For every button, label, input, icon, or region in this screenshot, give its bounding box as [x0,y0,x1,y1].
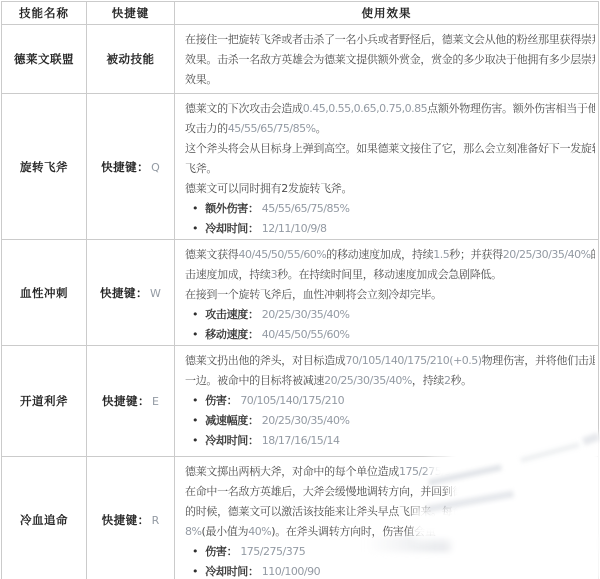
header-row: 技能名称快捷键使用效果 [2,2,599,25]
bullet-dot-icon: • [192,394,198,407]
skill-name: 血性冲刺 [2,240,87,346]
text-segment: 飞斧。 [185,162,217,175]
hotkey-key: W [150,287,161,300]
text-segment: 效果。 [185,73,217,86]
bullet-dot-icon: • [192,202,198,215]
skill-row: 开道利斧快捷键：E德莱文扔出他的斧头，对目标造成70/105/140/175/2… [2,346,599,457]
text-segment: 的时候，德莱文可以激活该技能来让斧头早点飞回来。每命 [185,505,463,518]
effect-line: 德莱文扔出他的斧头，对目标造成70/105/140/175/210(+0.5)物… [185,351,595,371]
text-segment: 一边。被命中的目标将被减速 [185,374,324,387]
text-segment: 20/25/30/35/40% [262,414,350,427]
effect-bullet: •攻击速度：20/25/30/35/40% [185,305,595,325]
text-segment: 45/55/65/75/85% [262,202,350,215]
skill-effect: 德莱文获得40/45/50/55/60%的移动速度加成，持续1.5秒；并获得20… [175,240,599,346]
effect-line: 在接到一个旋转飞斧后，血性冲刺将会立刻冷却完毕。 [185,285,595,305]
text-segment: 40/45/50/55/60% [262,328,350,341]
skill-name: 德莱文联盟 [2,25,87,94]
bullet-dot-icon: • [192,565,198,578]
bullet-dot-icon: • [192,328,198,341]
text-segment: 德莱文扔出他的斧头，对目标造成 [185,354,346,367]
text-segment: 额外伤害： [205,202,259,215]
skill-row: 冷血追命快捷键：R德莱文掷出两柄大斧，对命中的每个单位造成175/275/375… [2,457,599,579]
effect-line: 德莱文可以同时拥有2发旋转飞斧。 [185,179,595,199]
text-segment: 攻击速度： [205,308,259,321]
effect-line: 攻击力的45/55/65/75/85%。 [185,119,595,139]
text-segment: 。 [316,122,327,135]
text-segment: 冷却时间： [205,222,259,235]
text-segment: 的攻 [591,248,595,261]
text-segment: 8% [185,525,201,538]
text-segment: 秒。 [450,374,471,387]
text-segment: )。在斧头调转方向时，伤害值会重 [271,525,436,538]
text-segment: 0.45,0.55,0.65,0.75,0.85 [303,102,427,115]
effect-bullet: •冷却时间：18/17/16/15/14 [185,431,595,451]
text-segment: 这个斧头将会从目标身上弹到高空。如果德莱文接住了它，那么会立刻准备好下一发旋转 [185,142,595,155]
skills-table: 技能名称快捷键使用效果 德莱文联盟被动技能在接住一把旋转飞斧或者击杀了一名小兵或… [1,1,599,579]
skill-effect: 在接住一把旋转飞斧或者击杀了一名小兵或者野怪后，德莱文会从他的粉丝那里获得崇拜效… [175,25,599,94]
text-segment: 冷却时间： [205,434,259,447]
effect-line: 德莱文获得40/45/50/55/60%的移动速度加成，持续1.5秒；并获得20… [185,245,595,265]
hotkey-label: 快捷键： [102,513,150,527]
text-segment: (最小值为 [201,525,248,538]
column-header-3: 使用效果 [175,2,599,25]
text-segment: 击速度加成，持续 [185,268,271,281]
text-segment: 1.5 [433,248,449,261]
text-segment: 秒。在持续时间里，移动速度加成会急剧降低。 [277,268,502,281]
effect-line: 8%(最小值为40%)。在斧头调转方向时，伤害值会重 [185,522,595,542]
text-segment: 在命中一名敌方英雄后，大斧会缓慢地调转方向，并回到德 [185,485,463,498]
text-segment: 伤害： [205,545,237,558]
skill-table-page: 技能名称快捷键使用效果 德莱文联盟被动技能在接住一把旋转飞斧或者击杀了一名小兵或… [0,0,600,579]
text-segment: 40% [248,525,271,538]
effect-bullet: •减速幅度：20/25/30/35/40% [185,411,595,431]
hotkey-label: 被动技能 [107,52,155,66]
effect-line: 德莱文的下次攻击会造成0.45,0.55,0.65,0.75,0.85点额外物理… [185,99,595,119]
text-segment: 移动速度： [205,328,259,341]
text-segment: 110/100/90 [262,565,320,578]
effect-bullet: •额外伤害：45/55/65/75/85% [185,199,595,219]
effect-line: 效果。 [185,70,595,90]
bullet-dot-icon: • [192,308,198,321]
skill-row: 血性冲刺快捷键：W德莱文获得40/45/50/55/60%的移动速度加成，持续1… [2,240,599,346]
skill-row: 旋转飞斧快捷键：Q德莱文的下次攻击会造成0.45,0.55,0.65,0.75,… [2,94,599,240]
hotkey-label: 快捷键： [101,160,149,174]
effect-bullet: •冷却时间：110/100/90 [185,562,595,579]
text-segment: 18/17/16/15/14 [262,434,340,447]
text-segment: 45/55/65/75/85% [228,122,316,135]
text-segment: 的移动速度加成，持续 [326,248,433,261]
effect-line: 在命中一名敌方英雄后，大斧会缓慢地调转方向，并回到德 [185,482,595,502]
effect-bullet: •移动速度：40/45/50/55/60% [185,325,595,345]
effect-line: 效果。击杀一名敌方英雄会为德莱文提供额外赏金，赏金的多少取决于他拥有多少层崇拜 [185,50,595,70]
skill-hotkey: 快捷键：Q [87,94,175,240]
hotkey-label: 快捷键： [100,286,148,300]
bullet-dot-icon: • [192,434,198,447]
effect-bullet: •冷却时间：12/11/10/9/8 [185,219,595,239]
text-segment: 40/45/50/55/60% [239,248,327,261]
skill-effect: 德莱文掷出两柄大斧，对命中的每个单位造成175/275/375(在命中一名敌方英… [175,457,599,579]
text-segment: 在接到一个旋转飞斧后，血性冲刺将会立刻冷却完毕。 [185,288,442,301]
text-segment: 冷却时间： [205,565,259,578]
effect-line: 的时候，德莱文可以激活该技能来让斧头早点飞回来。每命 [185,502,595,522]
text-segment: 175/275/375( [399,465,468,478]
hotkey-key: R [152,514,160,527]
effect-bullet: •伤害：70/105/140/175/210 [185,391,595,411]
effect-line: 一边。被命中的目标将被减速20/25/30/35/40%，持续2秒。 [185,371,595,391]
text-segment: 在接住一把旋转飞斧或者击杀了一名小兵或者野怪后，德莱文会从他的粉丝那里获得崇拜 [185,33,595,46]
column-header-2: 快捷键 [87,2,175,25]
effect-line: 德莱文掷出两柄大斧，对命中的每个单位造成175/275/375( [185,462,595,482]
text-segment: 德莱文掷出两柄大斧，对命中的每个单位造成 [185,465,399,478]
text-segment: 伤害： [205,394,237,407]
text-segment: 70/105/140/175/210 [240,394,344,407]
effect-line: 在接住一把旋转飞斧或者击杀了一名小兵或者野怪后，德莱文会从他的粉丝那里获得崇拜 [185,30,595,50]
effect-line: 击速度加成，持续3秒。在持续时间里，移动速度加成会急剧降低。 [185,265,595,285]
text-segment: 70/105/140/175/210(+0.5) [346,354,482,367]
skill-hotkey: 快捷键：E [87,346,175,457]
skill-hotkey: 快捷键：W [87,240,175,346]
bullet-dot-icon: • [192,222,198,235]
text-segment: 效果。击杀一名敌方英雄会为德莱文提供额外赏金，赏金的多少取决于他拥有多少层崇拜 [185,53,595,66]
skill-name: 旋转飞斧 [2,94,87,240]
bullet-dot-icon: • [192,545,198,558]
text-segment: 秒；并获得 [449,248,503,261]
hotkey-key: Q [151,161,160,174]
bullet-dot-icon: • [192,414,198,427]
column-header-1: 技能名称 [2,2,87,25]
text-segment: 175/275/375 [240,545,305,558]
text-segment: 德莱文的下次攻击会造成 [185,102,303,115]
effect-bullet: •伤害：175/275/375 [185,542,595,562]
text-segment: 德莱文获得 [185,248,239,261]
hotkey-label: 快捷键： [102,394,150,408]
text-segment: 12/11/10/9/8 [262,222,327,235]
text-segment: 20/25/30/35/40% [324,374,412,387]
skill-effect: 德莱文扔出他的斧头，对目标造成70/105/140/175/210(+0.5)物… [175,346,599,457]
skill-hotkey: 被动技能 [87,25,175,94]
skill-name: 开道利斧 [2,346,87,457]
skill-effect: 德莱文的下次攻击会造成0.45,0.55,0.65,0.75,0.85点额外物理… [175,94,599,240]
text-segment: 攻击力的 [185,122,228,135]
text-segment: ，持续 [412,374,444,387]
hotkey-key: E [152,395,159,408]
skill-hotkey: 快捷键：R [87,457,175,579]
text-segment: 减速幅度： [205,414,259,427]
skill-row: 德莱文联盟被动技能在接住一把旋转飞斧或者击杀了一名小兵或者野怪后，德莱文会从他的… [2,25,599,94]
text-segment: 点额外物理伤害。额外伤害相当于他总 [427,102,595,115]
skill-name: 冷血追命 [2,457,87,579]
text-segment: 20/25/30/35/40% [262,308,350,321]
text-segment: 德莱文可以同时拥有2发旋转飞斧。 [185,182,352,195]
effect-line: 飞斧。 [185,159,595,179]
effect-line: 这个斧头将会从目标身上弹到高空。如果德莱文接住了它，那么会立刻准备好下一发旋转 [185,139,595,159]
text-segment: 20/25/30/35/40% [503,248,591,261]
text-segment: 物理伤害，并将他们击退到 [482,354,595,367]
